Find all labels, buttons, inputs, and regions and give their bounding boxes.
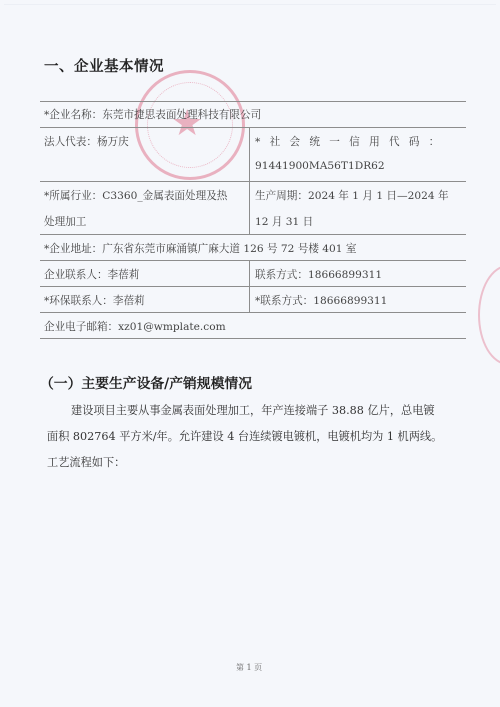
subsection-title: （一）主要生产设备/产销规模情况 [40, 372, 252, 392]
company-email: 企业电子邮箱：xz01@wmplate.com [44, 319, 226, 334]
contact-person: 企业联系人：李蓓莉 [44, 267, 139, 282]
table-rule [40, 127, 466, 128]
table-rule [40, 181, 466, 182]
env-contact-person: *环保联系人：李蓓莉 [44, 293, 145, 308]
table-rule [40, 338, 466, 339]
page-number: 第 1 页 [236, 662, 262, 673]
paragraph-line-1: 建设项目主要从事金属表面处理加工，年产连接端子 38.88 亿片，总电镀 [71, 402, 435, 418]
credit-code: 91441900MA56T1DR62 [255, 160, 385, 172]
contact-phone: 联系方式：18666899311 [255, 267, 382, 282]
table-rule [40, 234, 466, 235]
company-name: *企业名称：东莞市捷思表面处理科技有限公司 [44, 107, 261, 122]
table-rule [40, 260, 466, 261]
paragraph-line-2: 面积 802764 平方米/年。允许建设 4 台连续镀电镀机，电镀机均为 1 机… [47, 428, 442, 444]
section-title: 一、企业基本情况 [44, 55, 164, 76]
column-divider [249, 127, 250, 234]
production-period-line-2: 12 月 31 日 [255, 214, 313, 229]
credit-code-label: *社会统一信用代码： [255, 134, 449, 149]
column-divider [249, 260, 250, 312]
industry-line-2: 处理加工 [44, 214, 86, 229]
table-rule [40, 312, 466, 313]
legal-representative: 法人代表：杨万庆 [44, 134, 129, 149]
production-period-line-1: 生产周期：2024 年 1 月 1 日—2024 年 [255, 188, 449, 203]
table-rule [40, 286, 466, 287]
company-address: *企业地址：广东省东莞市麻涌镇广麻大道 126 号 72 号楼 401 室 [44, 241, 356, 256]
env-contact-phone: *联系方式：18666899311 [255, 293, 387, 308]
table-rule [40, 101, 466, 102]
paragraph-line-3: 工艺流程如下： [47, 454, 125, 470]
industry-line-1: *所属行业：C3360_金属表面处理及热 [44, 188, 227, 203]
